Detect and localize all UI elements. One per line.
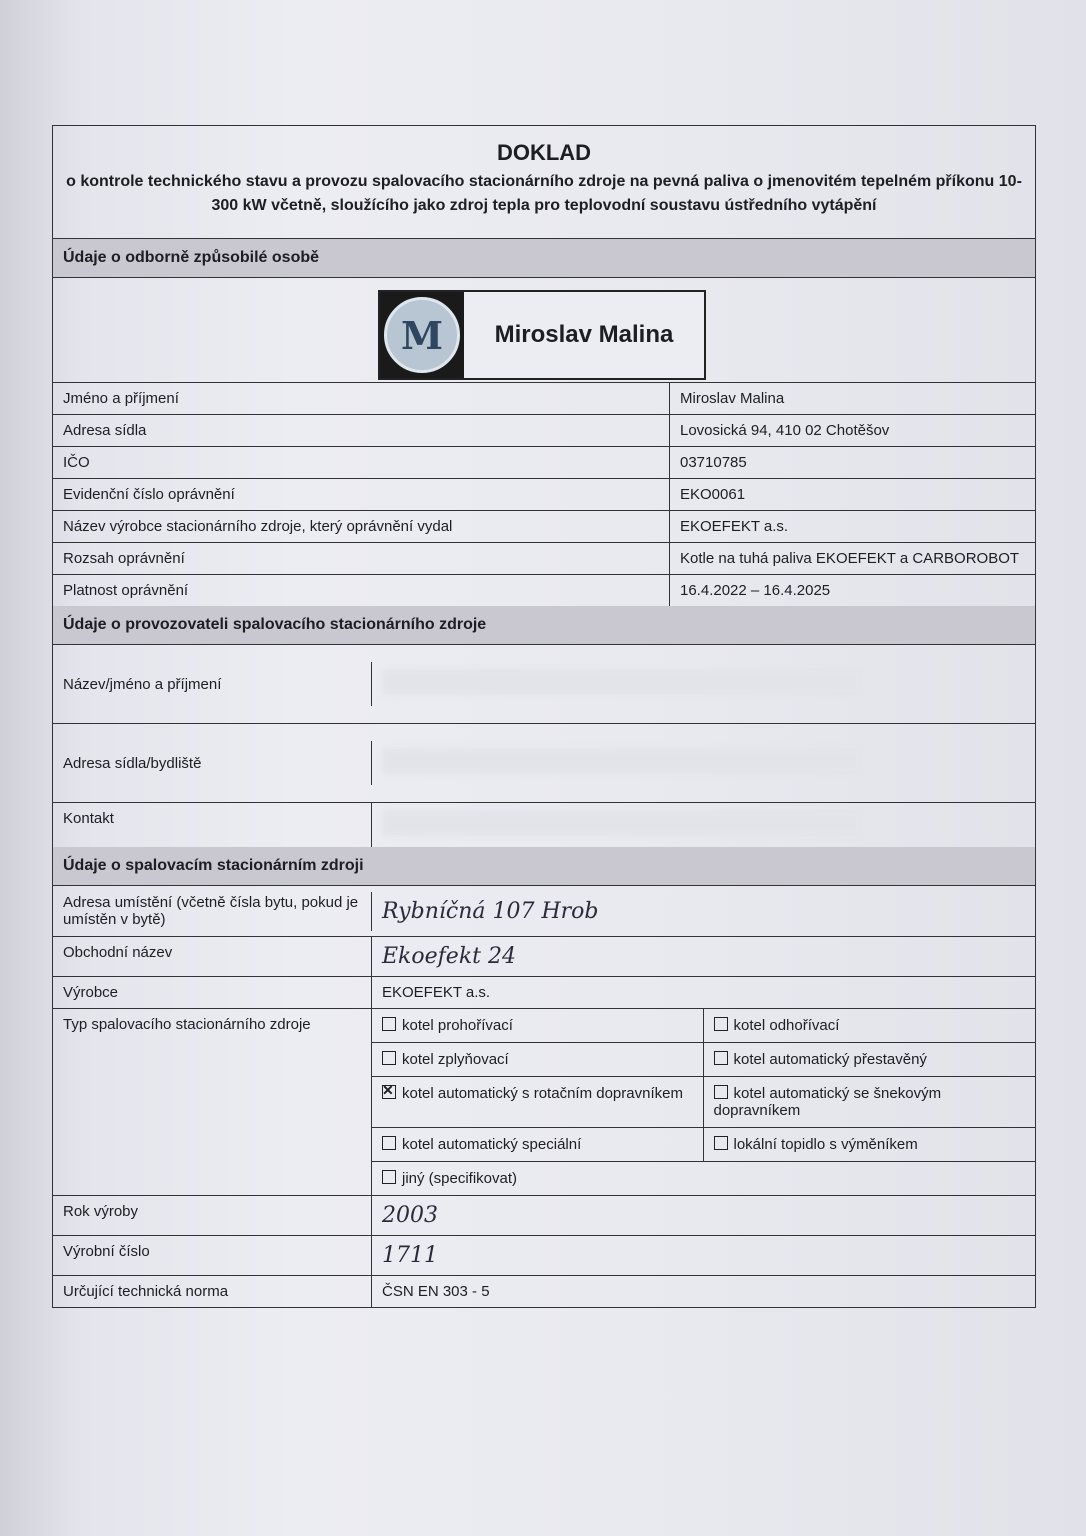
table-row: Kontakt: [53, 803, 1035, 847]
type-option[interactable]: kotel automatický se šnekovým dopravníke…: [704, 1077, 1036, 1128]
field-label: Typ spalovacího stacionárního zdroje: [53, 1009, 371, 1195]
field-label: Výrobce: [53, 977, 371, 1008]
type-option[interactable]: kotel automatický speciální: [372, 1128, 704, 1162]
inspection-form: DOKLAD o kontrole technického stavu a pr…: [52, 125, 1036, 1308]
option-label: kotel odhořívací: [734, 1017, 840, 1034]
field-value: 16.4.2022 – 16.4.2025: [669, 575, 1035, 606]
field-label: Rozsah oprávnění: [53, 543, 669, 574]
option-label: jiný (specifikovat): [402, 1170, 517, 1187]
serial-value: 1711: [371, 1236, 1035, 1275]
table-row: IČO03710785: [53, 447, 1035, 479]
checkbox-icon[interactable]: [714, 1085, 728, 1099]
manufacturer-value: EKOEFEKT a.s.: [371, 977, 1035, 1008]
option-label: kotel automatický přestavěný: [734, 1051, 927, 1068]
table-row: Rozsah oprávněníKotle na tuhá paliva EKO…: [53, 543, 1035, 575]
field-label: Adresa umístění (včetně čísla bytu, poku…: [53, 887, 371, 935]
field-label: Adresa sídla/bydliště: [53, 748, 371, 779]
field-label: Určující technická norma: [53, 1276, 371, 1307]
field-label: Evidenční číslo oprávnění: [53, 479, 669, 510]
monogram-icon: M: [384, 297, 460, 373]
row-serial: Výrobní číslo 1711: [53, 1236, 1035, 1276]
table-row: Platnost oprávnění16.4.2022 – 16.4.2025: [53, 575, 1035, 606]
type-option[interactable]: jiný (specifikovat): [372, 1162, 1035, 1195]
redacted-value: [371, 803, 1035, 847]
checkbox-icon[interactable]: [714, 1136, 728, 1150]
field-value: EKOEFEKT a.s.: [669, 511, 1035, 542]
option-label: kotel zplyňovací: [402, 1051, 509, 1068]
checkbox-icon[interactable]: [382, 1017, 396, 1031]
section-heading-operator: Údaje o provozovateli spalovacího stacio…: [53, 606, 1035, 645]
document-subtitle: o kontrole technického stavu a provozu s…: [63, 170, 1025, 218]
field-label: Název výrobce stacionárního zdroje, kter…: [53, 511, 669, 542]
document-title: DOKLAD: [63, 140, 1025, 166]
field-value: Miroslav Malina: [669, 383, 1035, 414]
field-label: IČO: [53, 447, 669, 478]
trade-name-value: Ekoefekt 24: [371, 937, 1035, 976]
field-label: Adresa sídla: [53, 415, 669, 446]
field-label: Rok výroby: [53, 1196, 371, 1235]
address-value: Rybníčná 107 Hrob: [371, 892, 1035, 931]
redaction: [382, 669, 862, 695]
field-value: Kotle na tuhá paliva EKOEFEKT a CARBOROB…: [669, 543, 1035, 574]
type-option[interactable]: kotel odhořívací: [704, 1009, 1036, 1043]
option-label: lokální topidlo s výměníkem: [734, 1136, 918, 1153]
field-label: Platnost oprávnění: [53, 575, 669, 606]
redacted-value: [371, 741, 1035, 785]
table-row: Název výrobce stacionárního zdroje, kter…: [53, 511, 1035, 543]
checkbox-icon[interactable]: [714, 1051, 728, 1065]
option-label: kotel prohořívací: [402, 1017, 513, 1034]
type-option[interactable]: kotel automatický s rotačním dopravníkem: [372, 1077, 704, 1128]
section-heading-expert: Údaje o odborně způsobilé osobě: [53, 239, 1035, 278]
field-label: Jméno a příjmení: [53, 383, 669, 414]
year-value: 2003: [371, 1196, 1035, 1235]
checkbox-icon[interactable]: [714, 1017, 728, 1031]
option-label: kotel automatický se šnekovým dopravníke…: [714, 1085, 942, 1119]
norm-value: ČSN EN 303 - 5: [371, 1276, 1035, 1307]
checkbox-icon[interactable]: [382, 1170, 396, 1184]
row-year: Rok výroby 2003: [53, 1196, 1035, 1236]
row-trade-name: Obchodní název Ekoefekt 24: [53, 937, 1035, 977]
type-options: kotel prohořívacíkotel odhořívacíkotel z…: [371, 1009, 1035, 1195]
field-value: Lovosická 94, 410 02 Chotěšov: [669, 415, 1035, 446]
row-norm: Určující technická norma ČSN EN 303 - 5: [53, 1276, 1035, 1307]
logo-name: Miroslav Malina: [464, 321, 704, 349]
form-header: DOKLAD o kontrole technického stavu a pr…: [53, 126, 1035, 239]
type-option[interactable]: kotel automatický přestavěný: [704, 1043, 1036, 1077]
checkbox-icon[interactable]: [382, 1136, 396, 1150]
redaction: [382, 810, 862, 836]
type-option[interactable]: kotel prohořívací: [372, 1009, 704, 1043]
logo-row: M Miroslav Malina: [53, 278, 1035, 383]
option-label: kotel automatický s rotačním dopravníkem: [402, 1085, 683, 1102]
field-value: EKO0061: [669, 479, 1035, 510]
logo-mark: M: [380, 292, 464, 378]
section-heading-source: Údaje o spalovacím stacionárním zdroji: [53, 847, 1035, 886]
type-option[interactable]: lokální topidlo s výměníkem: [704, 1128, 1036, 1162]
field-label: Obchodní název: [53, 937, 371, 976]
table-row: Adresa sídlaLovosická 94, 410 02 Chotěšo…: [53, 415, 1035, 447]
field-label: Kontakt: [53, 803, 371, 847]
table-row: Adresa sídla/bydliště: [53, 724, 1035, 803]
checkbox-icon[interactable]: [382, 1051, 396, 1065]
row-type: Typ spalovacího stacionárního zdroje kot…: [53, 1009, 1035, 1196]
redacted-value: [371, 662, 1035, 706]
row-manufacturer: Výrobce EKOEFEKT a.s.: [53, 977, 1035, 1009]
checkbox-icon[interactable]: [382, 1085, 396, 1099]
type-option[interactable]: kotel zplyňovací: [372, 1043, 704, 1077]
company-logo: M Miroslav Malina: [378, 290, 706, 380]
row-address: Adresa umístění (včetně čísla bytu, poku…: [53, 886, 1035, 937]
table-row: Evidenční číslo oprávněníEKO0061: [53, 479, 1035, 511]
table-row: Jméno a příjmeníMiroslav Malina: [53, 383, 1035, 415]
field-label: Výrobní číslo: [53, 1236, 371, 1275]
option-label: kotel automatický speciální: [402, 1136, 581, 1153]
table-row: Název/jméno a příjmení: [53, 645, 1035, 724]
field-value: 03710785: [669, 447, 1035, 478]
field-label: Název/jméno a příjmení: [53, 669, 371, 700]
redaction: [382, 748, 862, 774]
